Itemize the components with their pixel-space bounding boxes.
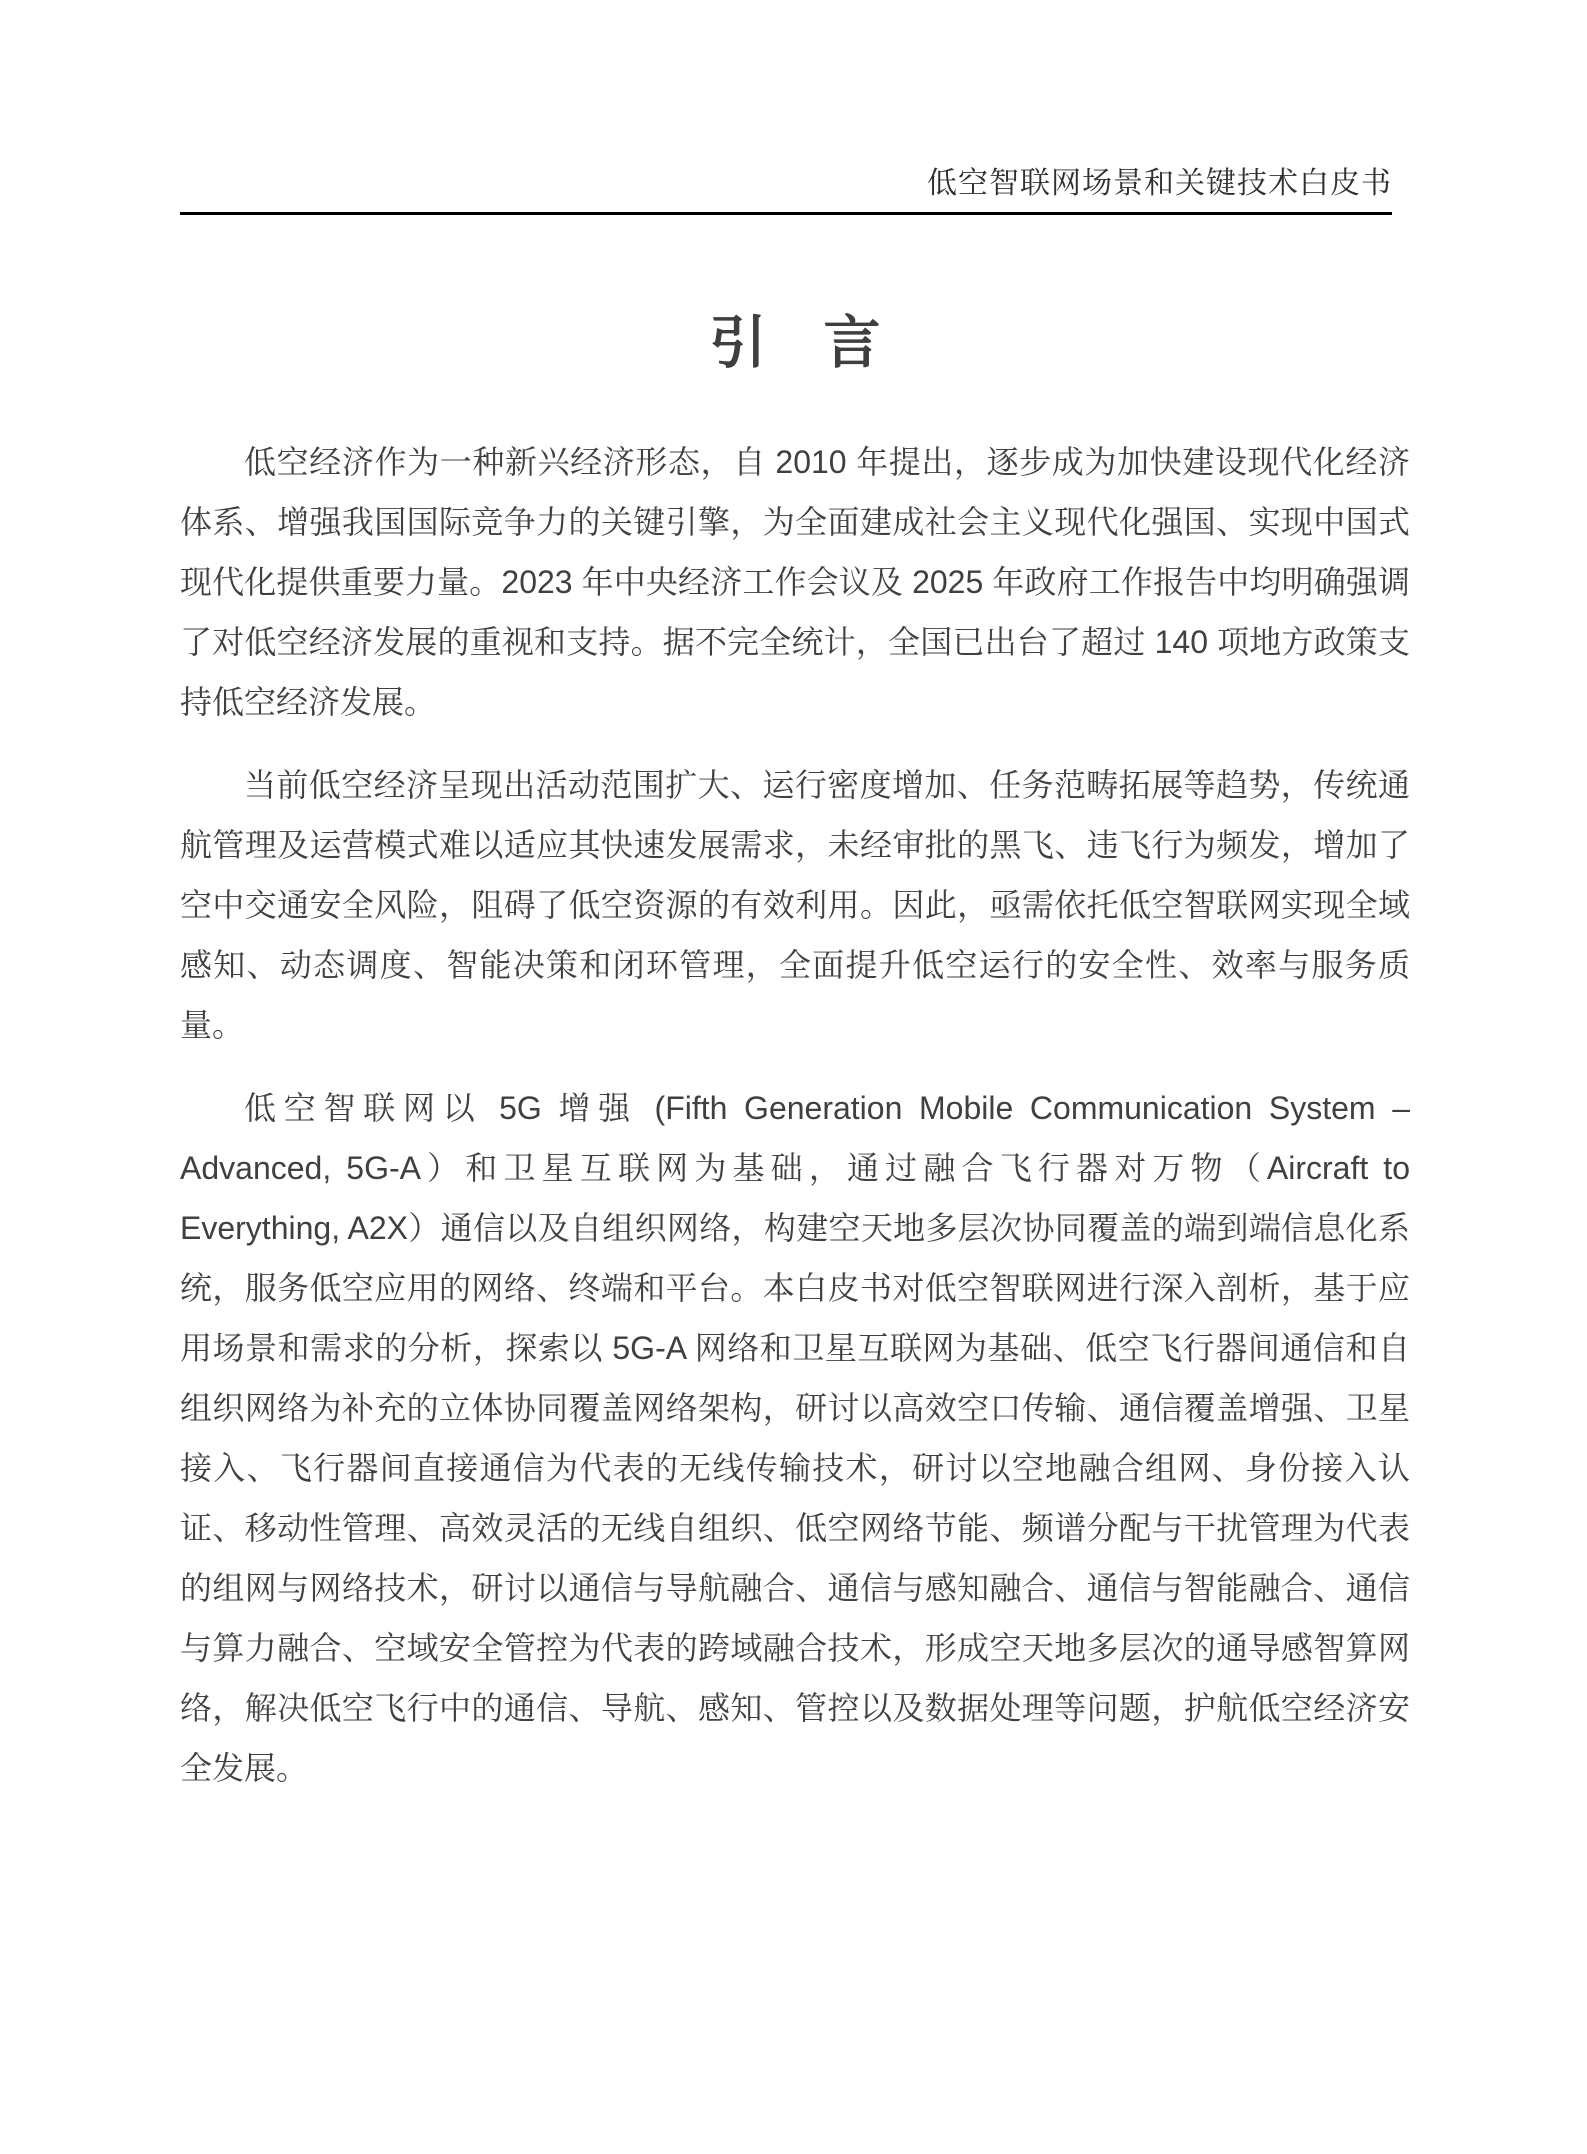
section-title: 引 言 [180, 315, 1410, 372]
paragraph: 低空智联网以 5G 增强 (Fifth Generation Mobile Co… [180, 1078, 1410, 1798]
main-content: 引 言 低空经济作为一种新兴经济形态，自 2010 年提出，逐步成为加快建设现代… [180, 315, 1410, 1798]
header-running-title: 低空智联网场景和关键技术白皮书 [927, 167, 1392, 200]
paragraph: 当前低空经济呈现出活动范围扩大、运行密度增加、任务范畴拓展等趋势，传统通航管理及… [180, 755, 1410, 1055]
body-text: 低空经济作为一种新兴经济形态，自 2010 年提出，逐步成为加快建设现代化经济体… [180, 432, 1410, 1798]
document-page: 低空智联网场景和关键技术白皮书 引 言 低空经济作为一种新兴经济形态，自 201… [0, 0, 1587, 2154]
page-header: 低空智联网场景和关键技术白皮书 [180, 0, 1392, 215]
paragraph: 低空经济作为一种新兴经济形态，自 2010 年提出，逐步成为加快建设现代化经济体… [180, 432, 1410, 732]
